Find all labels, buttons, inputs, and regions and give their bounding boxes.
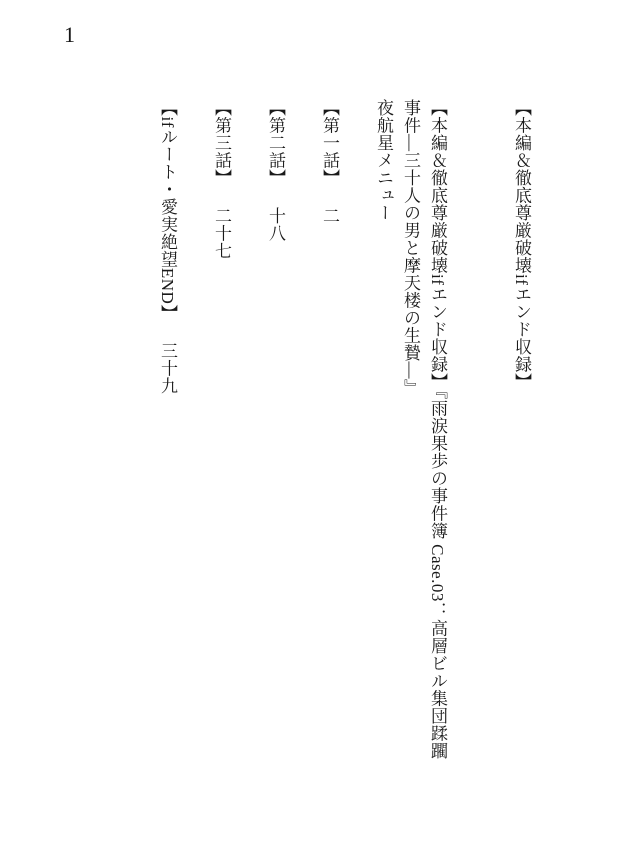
toc-entry-chapter-3: 【第三話】二十七 xyxy=(208,99,235,764)
toc-entry-chapter-2: 【第二話】十八 xyxy=(262,99,289,764)
page-number: 1 xyxy=(64,24,75,46)
collection-heading: 【本編＆徹底尊厳破壊ifエンド収録】 xyxy=(508,99,535,764)
toc-entry-label: 【ifルート・愛実絶望END】 xyxy=(158,99,177,322)
toc-entry-if-route: 【ifルート・愛実絶望END】三十九 xyxy=(154,99,181,764)
toc-entry-label: 【第一話】 xyxy=(320,99,339,187)
table-of-contents: 【本編＆徹底尊厳破壊ifエンド収録】 【本編＆徹底尊厳破壊ifエンド収録】『雨涙… xyxy=(154,99,535,764)
toc-entry-page-number: 二 xyxy=(320,207,339,225)
toc-entry-page-number: 二十七 xyxy=(212,207,231,260)
toc-entry-label: 【第三話】 xyxy=(212,99,231,187)
work-title: 【本編＆徹底尊厳破壊ifエンド収録】『雨涙果歩の事件簿 Case.03：高層ビル… xyxy=(397,99,451,764)
toc-entry-label: 【第二話】 xyxy=(266,99,285,187)
menu-title: 夜航星メニュー xyxy=(370,99,397,764)
toc-entry-page-number: 三十九 xyxy=(158,342,177,395)
toc-entry-chapter-1: 【第一話】二 xyxy=(316,99,343,764)
toc-entry-page-number: 十八 xyxy=(266,207,285,242)
document-page: 1 【本編＆徹底尊厳破壊ifエンド収録】 【本編＆徹底尊厳破壊ifエンド収録】『… xyxy=(0,0,617,862)
